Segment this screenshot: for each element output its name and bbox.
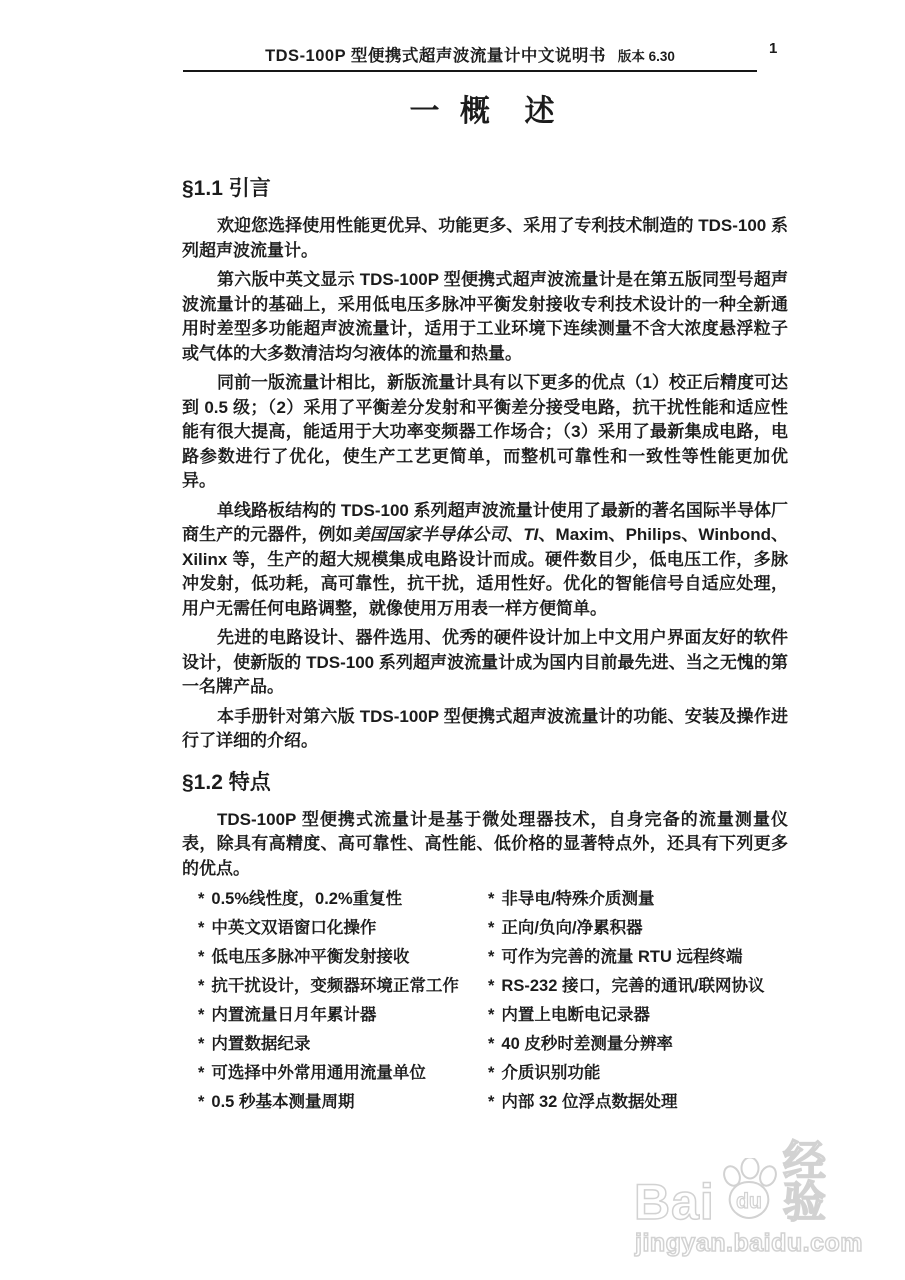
asterisk-marker: * <box>198 1088 204 1117</box>
feature-text: 非导电/特殊介质测量 <box>501 885 654 914</box>
asterisk-marker: * <box>488 1030 494 1059</box>
paragraph-advantages: 同前一版流量计相比，新版流量计具有以下更多的优点（1）校正后精度可达到 0.5 … <box>182 371 788 494</box>
asterisk-marker: * <box>198 972 204 1001</box>
asterisk-marker: * <box>488 1059 494 1088</box>
baidu-logo-latin: Bai <box>634 1180 715 1224</box>
feature-item: *内置上电断电记录器 <box>488 1001 788 1030</box>
asterisk-marker: * <box>198 1030 204 1059</box>
feature-item: *可选择中外常用通用流量单位 <box>198 1059 488 1088</box>
baidu-logo-row: Bai du 经验 <box>634 1142 864 1224</box>
feature-text: 内部 32 位浮点数据处理 <box>501 1088 677 1117</box>
feature-text: 低电压多脉冲平衡发射接收 <box>211 943 409 972</box>
features-left-column: *0.5%线性度，0.2%重复性 *中英文双语窗口化操作 *低电压多脉冲平衡发射… <box>182 885 488 1117</box>
feature-text: 40 皮秒时差测量分辨率 <box>501 1030 672 1059</box>
feature-item: *介质识别功能 <box>488 1059 788 1088</box>
svg-text:du: du <box>736 1190 762 1213</box>
feature-item: *40 皮秒时差测量分辨率 <box>488 1030 788 1059</box>
feature-item: *正向/负向/净累积器 <box>488 914 788 943</box>
separator: 、 <box>506 525 523 544</box>
vendor-ti-italic: TI <box>523 525 538 544</box>
asterisk-marker: * <box>488 885 494 914</box>
feature-text: 内置数据纪录 <box>211 1030 310 1059</box>
baidu-jingyan-watermark: Bai du 经验 jingyan.baidu.com <box>634 1142 864 1258</box>
paragraph-features-intro: TDS-100P 型便携式流量计是基于微处理器技术，自身完备的流量测量仪表，除具… <box>182 808 788 882</box>
feature-item: *0.5%线性度，0.2%重复性 <box>198 885 488 914</box>
feature-item: *内置流量日月年累计器 <box>198 1001 488 1030</box>
feature-item: *非导电/特殊介质测量 <box>488 885 788 914</box>
page-content: 一 概 述 §1.1 引言 欢迎您选择使用性能更优异、功能更多、采用了专利技术制… <box>182 86 788 1117</box>
feature-text: 内置上电断电记录器 <box>501 1001 650 1030</box>
feature-text: RS-232 接口，完善的通讯/联网协议 <box>501 972 764 1001</box>
feature-item: *抗干扰设计，变频器环境正常工作 <box>198 972 488 1001</box>
feature-list: *0.5%线性度，0.2%重复性 *中英文双语窗口化操作 *低电压多脉冲平衡发射… <box>182 885 788 1117</box>
feature-item: *0.5 秒基本测量周期 <box>198 1088 488 1117</box>
header-rule <box>183 70 757 72</box>
page-number: 1 <box>769 40 777 57</box>
feature-text: 中英文双语窗口化操作 <box>211 914 376 943</box>
feature-item: *RS-232 接口，完善的通讯/联网协议 <box>488 972 788 1001</box>
section-1-1-heading: §1.1 引言 <box>182 172 788 202</box>
feature-item: *中英文双语窗口化操作 <box>198 914 488 943</box>
paragraph-advanced-design: 先进的电路设计、器件选用、优秀的硬件设计加上中文用户界面友好的软件设计，使新版的… <box>182 626 788 700</box>
asterisk-marker: * <box>488 1001 494 1030</box>
asterisk-marker: * <box>198 943 204 972</box>
feature-item: *内置数据纪录 <box>198 1030 488 1059</box>
paragraph-intro-welcome: 欢迎您选择使用性能更优异、功能更多、采用了专利技术制造的 TDS-100 系列超… <box>182 214 788 263</box>
feature-text: 内置流量日月年累计器 <box>211 1001 376 1030</box>
asterisk-marker: * <box>488 914 494 943</box>
paragraph-manual-scope: 本手册针对第六版 TDS-100P 型便携式超声波流量计的功能、安装及操作进行了… <box>182 705 788 754</box>
feature-text: 可选择中外常用通用流量单位 <box>211 1059 426 1088</box>
feature-text: 介质识别功能 <box>501 1059 600 1088</box>
features-right-column: *非导电/特殊介质测量 *正向/负向/净累积器 *可作为完善的流量 RTU 远程… <box>488 885 788 1117</box>
asterisk-marker: * <box>198 914 204 943</box>
baidu-logo-cn: 经验 <box>783 1142 864 1224</box>
feature-text: 0.5%线性度，0.2%重复性 <box>211 885 402 914</box>
chapter-title: 一 概 述 <box>182 86 788 130</box>
section-1-2-heading: §1.2 特点 <box>182 766 788 796</box>
page-header: TDS-100P 型便携式超声波流量计中文说明书版本 6.30 <box>183 42 757 66</box>
feature-item: *可作为完善的流量 RTU 远程终端 <box>488 943 788 972</box>
asterisk-marker: * <box>488 1088 494 1117</box>
watermark-url: jingyan.baidu.com <box>634 1229 864 1258</box>
paragraph-components: 单线路板结构的 TDS-100 系列超声波流量计使用了最新的著名国际半导体厂商生… <box>182 499 788 622</box>
header-version: 版本 6.30 <box>618 49 675 64</box>
paragraph-sixth-edition: 第六版中英文显示 TDS-100P 型便携式超声波流量计是在第五版同型号超声波流… <box>182 268 788 366</box>
vendor-name-italic: 美国国家半导体公司 <box>353 525 507 544</box>
feature-text: 抗干扰设计，变频器环境正常工作 <box>211 972 459 1001</box>
feature-item: *低电压多脉冲平衡发射接收 <box>198 943 488 972</box>
asterisk-marker: * <box>488 972 494 1001</box>
baidu-paw-icon: du <box>716 1158 782 1225</box>
feature-item: *内部 32 位浮点数据处理 <box>488 1088 788 1117</box>
asterisk-marker: * <box>488 943 494 972</box>
feature-text: 0.5 秒基本测量周期 <box>211 1088 354 1117</box>
feature-text: 正向/负向/净累积器 <box>501 914 642 943</box>
header-title: TDS-100P 型便携式超声波流量计中文说明书 <box>265 47 606 65</box>
asterisk-marker: * <box>198 1001 204 1030</box>
asterisk-marker: * <box>198 1059 204 1088</box>
asterisk-marker: * <box>198 885 204 914</box>
feature-text: 可作为完善的流量 RTU 远程终端 <box>501 943 742 972</box>
